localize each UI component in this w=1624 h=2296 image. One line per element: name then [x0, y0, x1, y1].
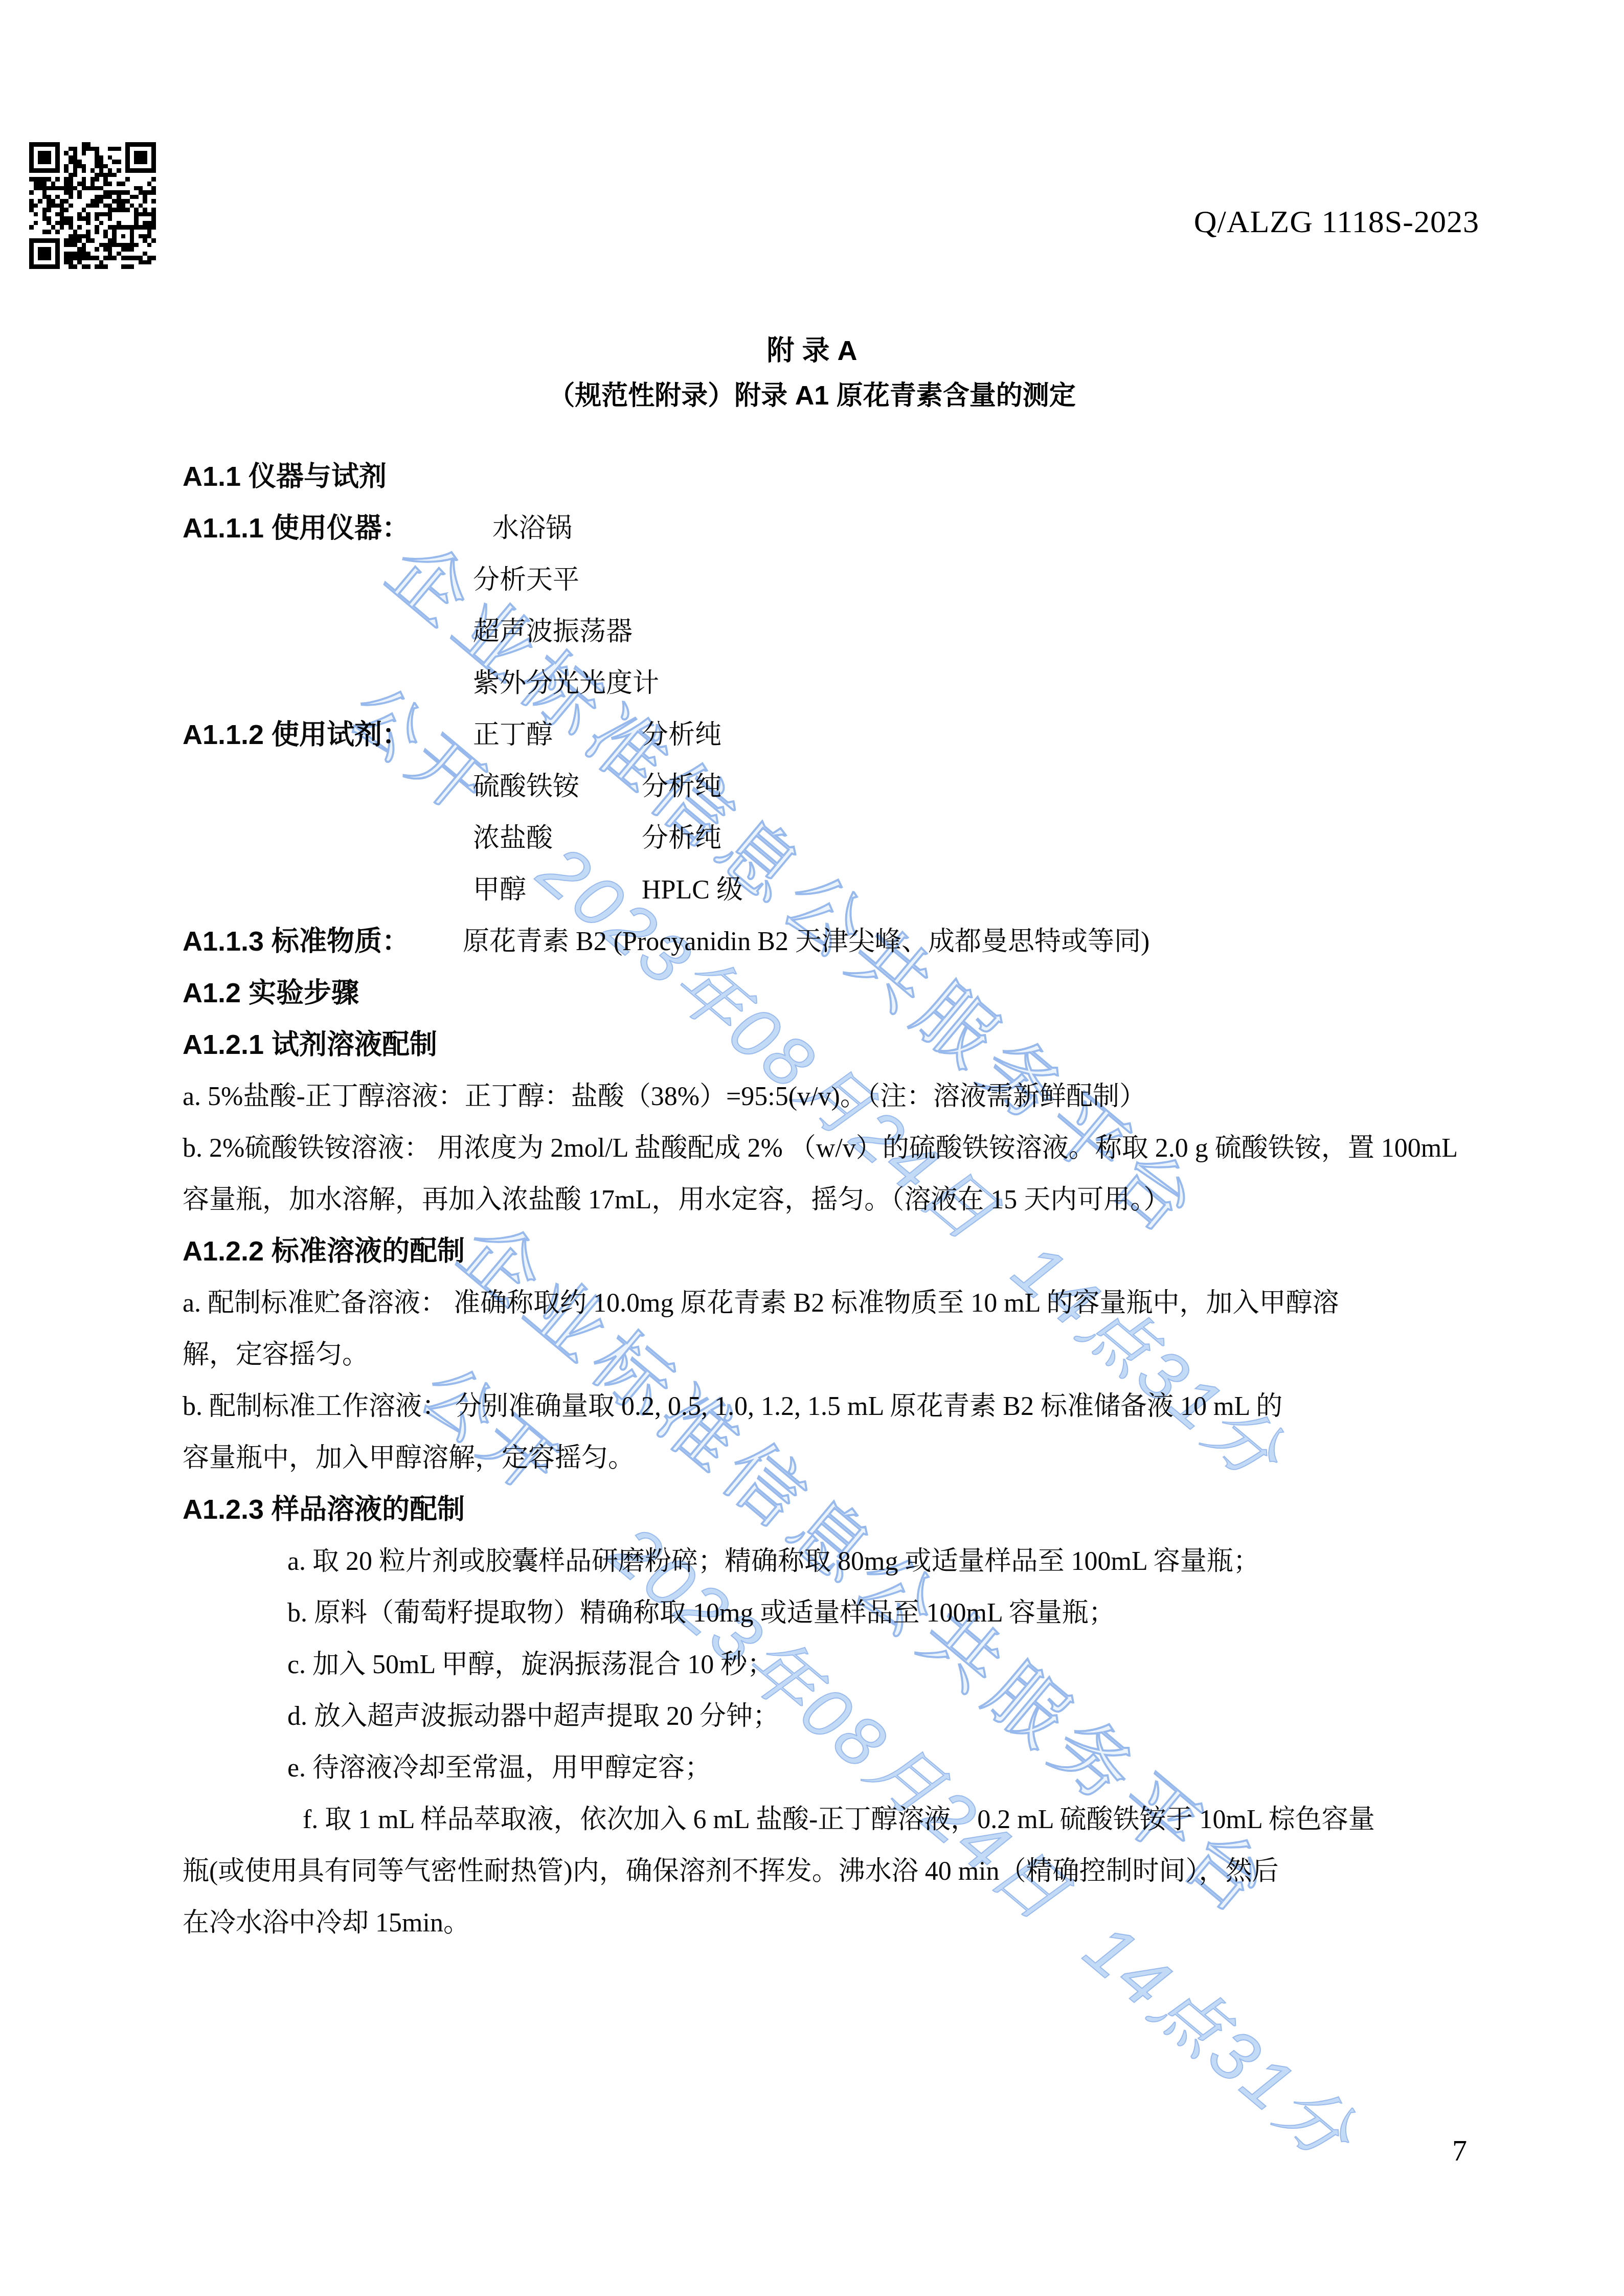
section-heading-a1-2-2: A1.2.2 标准溶液的配制 [183, 1226, 1481, 1277]
doc-number: Q/ALZG 1118S-2023 [1194, 204, 1479, 240]
instrument-row: 紫外分光光度计 [183, 658, 1481, 709]
instrument-item: 分析天平 [473, 554, 579, 606]
paragraph-a121-b-line1: b. 2%硫酸铁铵溶液： 用浓度为 2mol/L 盐酸配成 2% （w/v）的硫… [183, 1122, 1481, 1174]
paragraph-a121-a: a. 5%盐酸-正丁醇溶液：正丁醇：盐酸（38%）=95:5(v/v)。（注：溶… [183, 1071, 1481, 1122]
paragraph-a121-b-line2: 容量瓶，加水溶解，再加入浓盐酸 17mL，用水定容，摇匀。（溶液在 15 天内可… [183, 1174, 1481, 1226]
appendix-subtitle: （规范性附录）附录 A1 原花青素含量的测定 [0, 370, 1624, 422]
standard-substance-row: A1.1.3 标准物质： 原花青素 B2 (Procyanidin B2 天津尖… [183, 916, 1481, 967]
reagent-name: 浓盐酸 [473, 813, 553, 864]
standard-substance-label: A1.1.3 标准物质： [183, 926, 410, 957]
watermark-time: 14点31分 [1070, 1909, 1368, 2177]
reagent-name: 硫酸铁铵 [473, 761, 579, 813]
instrument-row: 分析天平 [183, 554, 1481, 606]
reagent-row: 甲醇 HPLC 级 [183, 864, 1481, 916]
list-item-e: e. 待溶液冷却至常温，用甲醇定容； [183, 1742, 1481, 1794]
section-heading-a1-1: A1.1 仪器与试剂 [183, 451, 1481, 503]
reagent-grade: 分析纯 [642, 761, 721, 813]
instruments-label: A1.1.1 使用仪器： [183, 513, 410, 544]
document-page: Q/ALZG 1118S-2023 附 录 A （规范性附录）附录 A1 原花青… [0, 0, 1624, 2296]
reagent-name: 甲醇 [473, 864, 526, 916]
qr-code-icon [29, 142, 156, 269]
list-item-c: c. 加入 50mL 甲醇，旋涡振荡混合 10 秒； [183, 1639, 1481, 1691]
instrument-row: 超声波振荡器 [183, 606, 1481, 658]
paragraph-a122-a-line1: a. 配制标准贮备溶液： 准确称取约 10.0mg 原花青素 B2 标准物质至 … [183, 1277, 1481, 1329]
list-item-a: a. 取 20 粒片剂或胶囊样品研磨粉碎；精确称取 80mg 或适量样品至 10… [183, 1536, 1481, 1587]
appendix-title: 附 录 A [0, 325, 1624, 377]
reagent-row: 浓盐酸 分析纯 [183, 813, 1481, 864]
list-item-b: b. 原料（葡萄籽提取物）精确称取 10mg 或适量样品至 100mL 容量瓶； [183, 1587, 1481, 1639]
reagent-grade: 分析纯 [642, 709, 721, 761]
reagents-label: A1.1.2 使用试剂： [183, 719, 410, 750]
reagent-grade: HPLC 级 [642, 864, 743, 916]
instrument-item: 超声波振荡器 [473, 606, 633, 658]
instrument-item: 紫外分光光度计 [473, 658, 659, 709]
list-item-f-line2: 瓶(或使用具有同等气密性耐热管)内，确保溶剂不挥发。沸水浴 40 min（精确控… [183, 1845, 1481, 1897]
reagents-label-row: A1.1.2 使用试剂： 正丁醇 分析纯 [183, 709, 1481, 761]
document-body: A1.1 仪器与试剂 A1.1.1 使用仪器： 水浴锅 分析天平 超声波振荡器 … [183, 451, 1481, 1949]
reagent-row: 硫酸铁铵 分析纯 [183, 761, 1481, 813]
list-item-d: d. 放入超声波振动器中超声提取 20 分钟； [183, 1691, 1481, 1742]
reagent-name: 正丁醇 [473, 709, 553, 761]
instruments-label-row: A1.1.1 使用仪器： 水浴锅 [183, 503, 1481, 554]
reagent-grade: 分析纯 [642, 813, 721, 864]
paragraph-a122-b-line1: b. 配制标准工作溶液： 分别准确量取 0.2, 0.5, 1.0, 1.2, … [183, 1381, 1481, 1432]
paragraph-a122-b-line2: 容量瓶中，加入甲醇溶解，定容摇匀。 [183, 1432, 1481, 1484]
section-heading-a1-2-3: A1.2.3 样品溶液的配制 [183, 1484, 1481, 1536]
instrument-item: 水浴锅 [492, 503, 572, 554]
section-heading-a1-2-1: A1.2.1 试剂溶液配制 [183, 1019, 1481, 1071]
page-number: 7 [1452, 2133, 1467, 2168]
paragraph-a122-a-line2: 解，定容摇匀。 [183, 1329, 1481, 1381]
list-item-f-line3: 在冷水浴中冷却 15min。 [183, 1897, 1481, 1949]
section-heading-a1-2: A1.2 实验步骤 [183, 967, 1481, 1019]
list-item-f-line1: f. 取 1 mL 样品萃取液，依次加入 6 mL 盐酸-正丁醇溶液，0.2 m… [183, 1794, 1481, 1845]
standard-substance-value: 原花青素 B2 (Procyanidin B2 天津尖峰、成都曼思特或等同) [463, 916, 1149, 967]
